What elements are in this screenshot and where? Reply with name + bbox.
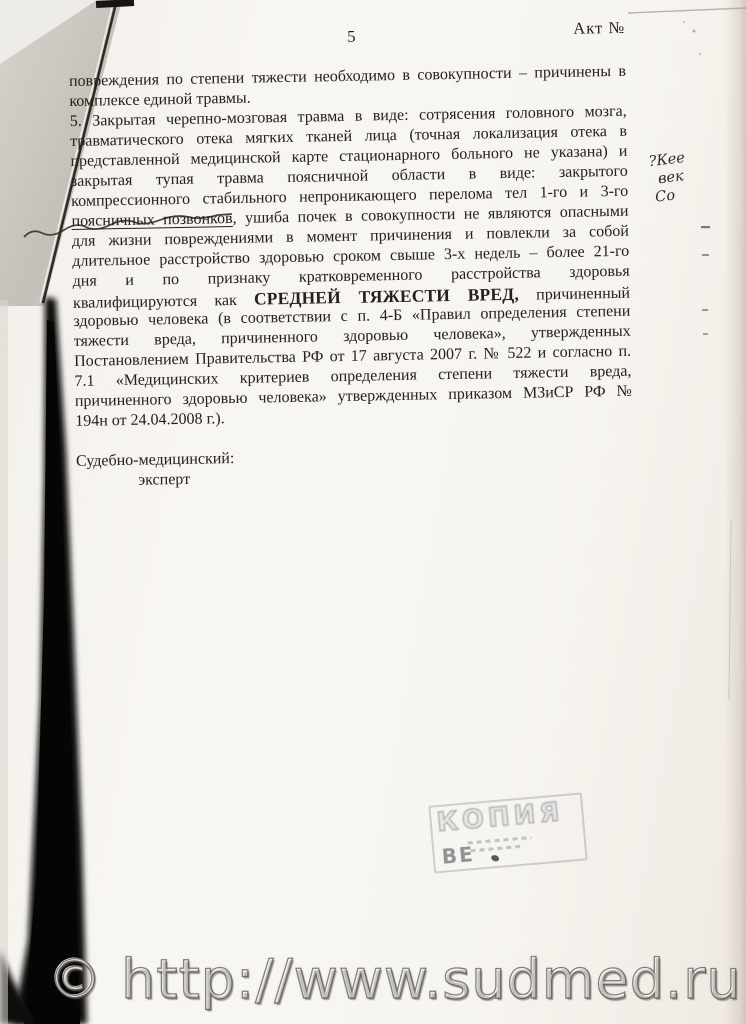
scanned-page: 5 Акт № повреждения по степени тяжести н… (0, 0, 746, 1024)
text-segment: Судебно-медицинский: (76, 450, 235, 470)
noise-dot (699, 53, 701, 55)
text-segment: причиненный (519, 285, 630, 304)
stamp-ink-blot (490, 854, 500, 862)
stamp-scribble-line (468, 836, 532, 845)
margin-note-handwriting: ?Кее век Со (648, 149, 690, 207)
margin-tick (702, 254, 709, 256)
margin-tick (702, 309, 708, 311)
document-text-block: 5 Акт № повреждения по степени тяжести н… (68, 16, 633, 492)
text-segment: комплексе единой травмы. (69, 90, 251, 110)
page-number: 5 (347, 27, 356, 47)
text-segment: 194н от 24.04.2008 г.). (75, 410, 225, 430)
left-edge-streak (0, 300, 8, 1024)
margin-tick (701, 226, 710, 228)
watermark-url: © http://www.sudmed.ru (48, 948, 742, 1011)
copy-stamp-partial-text: ВЕ (441, 842, 476, 869)
copy-stamp: КОПИЯ ВЕ (428, 792, 587, 873)
scan-top-dark-mark (96, 0, 134, 8)
text-segment: поясничных позвонков (71, 210, 232, 230)
stamp-scribble-line (470, 845, 520, 852)
noise-dot (693, 30, 696, 33)
scan-edge-shadow (724, 0, 746, 1024)
document-body: повреждения по степени тяжести необходим… (69, 62, 634, 492)
copy-stamp-text: КОПИЯ (436, 797, 565, 838)
margin-tick (703, 333, 708, 335)
act-number-label: Акт № (573, 18, 625, 39)
noise-dot (683, 21, 685, 23)
text-segment: эксперт (138, 471, 190, 489)
